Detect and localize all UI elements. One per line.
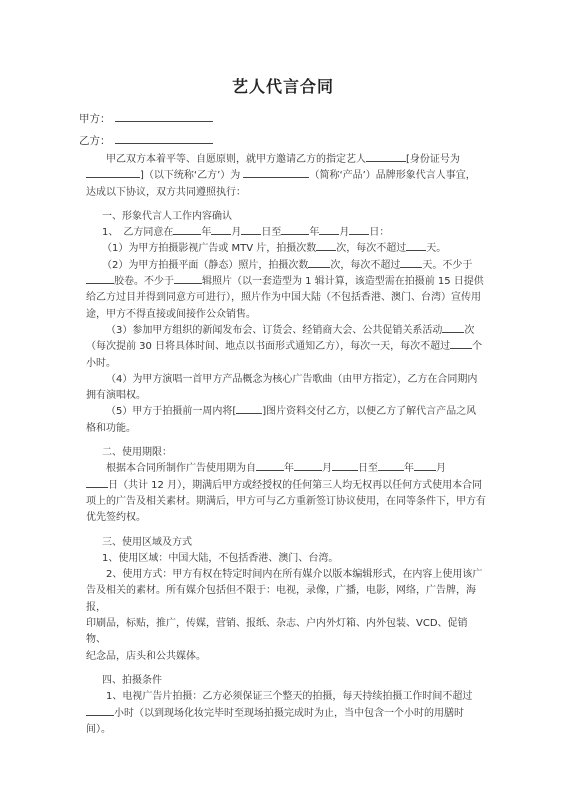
usage-end-day-blank[interactable]: [86, 478, 108, 488]
document-title: 艺人代言合同: [0, 74, 566, 97]
party-b-line: 乙方：: [79, 133, 213, 148]
document-page: 艺人代言合同 甲方： 乙方： 甲乙双方本着平等、自愿原则，就甲方邀请乙方的指定艺…: [0, 0, 566, 800]
film-rolls-blank[interactable]: [86, 274, 114, 284]
section1-sub2-cont: 胶卷。不少于辑照片（以一套造型为 1 辑计算，该造型需在拍摄前 15 日提供给乙…: [86, 274, 486, 323]
party-b-label: 乙方：: [79, 135, 111, 147]
section1-sub4: （4）为甲方演唱一首甲方产品概念为核心广告歌曲（由甲方指定），乙方在合同期内: [86, 372, 486, 388]
event-hours-blank[interactable]: [450, 339, 472, 349]
section1-heading: 一、形象代言人工作内容确认: [86, 209, 486, 225]
materials-blank[interactable]: [236, 404, 262, 414]
event-times-blank[interactable]: [442, 323, 464, 333]
section2-cont: 日（共计 12 月），期满后甲方或经授权的任何第三人均无权再以任何方式使用本合同…: [86, 478, 486, 527]
end-month-blank[interactable]: [319, 225, 339, 235]
usage-end-month-blank[interactable]: [414, 461, 436, 471]
start-year-blank[interactable]: [173, 225, 201, 235]
section2-l1: 根据本合同所制作广告使用期为自年月日至年月: [86, 461, 486, 477]
section3-i1: 1、使用区域：中国大陆，不包括香港、澳门、台湾。: [86, 551, 486, 567]
section3-heading: 三、使用区域及方式: [86, 535, 486, 551]
end-day-blank[interactable]: [349, 225, 369, 235]
party-b-blank[interactable]: [115, 133, 213, 144]
preamble: 甲乙双方本着平等、自愿原则，就甲方邀请乙方的指定艺人[身份证号为]（以下统称‘乙…: [86, 152, 486, 201]
artist-name-blank[interactable]: [366, 152, 406, 162]
party-a-blank[interactable]: [115, 111, 213, 122]
usage-start-month-blank[interactable]: [294, 461, 322, 471]
section1-sub3: （3）参加甲方组织的新闻发布会、订货会、经销商大会、公共促销关系活动次: [86, 323, 486, 339]
shoot-hours-blank[interactable]: [86, 706, 114, 716]
start-month-blank[interactable]: [211, 225, 231, 235]
photo-days-blank[interactable]: [400, 258, 422, 268]
usage-start-day-blank[interactable]: [332, 461, 358, 471]
product-blank[interactable]: [243, 168, 309, 178]
id-number-blank[interactable]: [86, 168, 140, 178]
section1-sub4-cont: 拥有演唱权。: [86, 388, 486, 404]
photo-times-blank[interactable]: [308, 258, 330, 268]
video-days-blank[interactable]: [406, 241, 426, 251]
usage-end-year-blank[interactable]: [378, 461, 404, 471]
section3-i2: 2、使用方式：甲方有权在特定时间内在所有媒介以版本编辑形式，在内容上使用该广: [86, 567, 486, 583]
party-a-label: 甲方：: [79, 113, 111, 125]
party-a-line: 甲方：: [79, 111, 213, 126]
section1-sub5: （5）甲方于拍摄前一周内将[]图片资料交付乙方，以便乙方了解代言产品之风: [86, 404, 486, 420]
section1-sub1: （1）为甲方拍摄影视广告或 MTV 片，拍摄次数次，每次不超过天。: [86, 241, 486, 257]
section3-i2-cont: 告及相关的素材。所有媒介包括但不限于：电视，录像，广播，电影，网络，广告牌，海报…: [86, 583, 486, 664]
section1-sub3-cont: （每次提前 30 日将具体时间、地点以书面形式通知乙方），每次一天，每次不超过个…: [86, 339, 486, 372]
contract-body: 甲乙双方本着平等、自愿原则，就甲方邀请乙方的指定艺人[身份证号为]（以下统称‘乙…: [86, 152, 486, 738]
section4-i1: 1、电视广告片拍摄：乙方必须保证三个整天的拍摄，每天持续拍摄工作时间不超过: [86, 689, 486, 705]
section1-item1: 1、 乙方同意在年月日至年月日：: [86, 225, 486, 241]
section2-heading: 二、使用期限：: [86, 445, 486, 461]
section4-heading: 四、拍摄条件: [86, 673, 486, 689]
usage-start-year-blank[interactable]: [256, 461, 284, 471]
photo-sets-blank[interactable]: [174, 274, 202, 284]
section1-sub5-cont: 格和功能。: [86, 421, 486, 437]
end-year-blank[interactable]: [281, 225, 309, 235]
section4-i1-cont: 小时（以到现场化妆完毕时至现场拍摄完成时为止，当中包含一个小时的用膳时间）。: [86, 706, 486, 739]
section1-sub2: （2）为甲方拍摄平面（静态）照片，拍摄次数次，每次不超过天。不少于: [86, 258, 486, 274]
video-times-blank[interactable]: [316, 241, 336, 251]
start-day-blank[interactable]: [241, 225, 261, 235]
